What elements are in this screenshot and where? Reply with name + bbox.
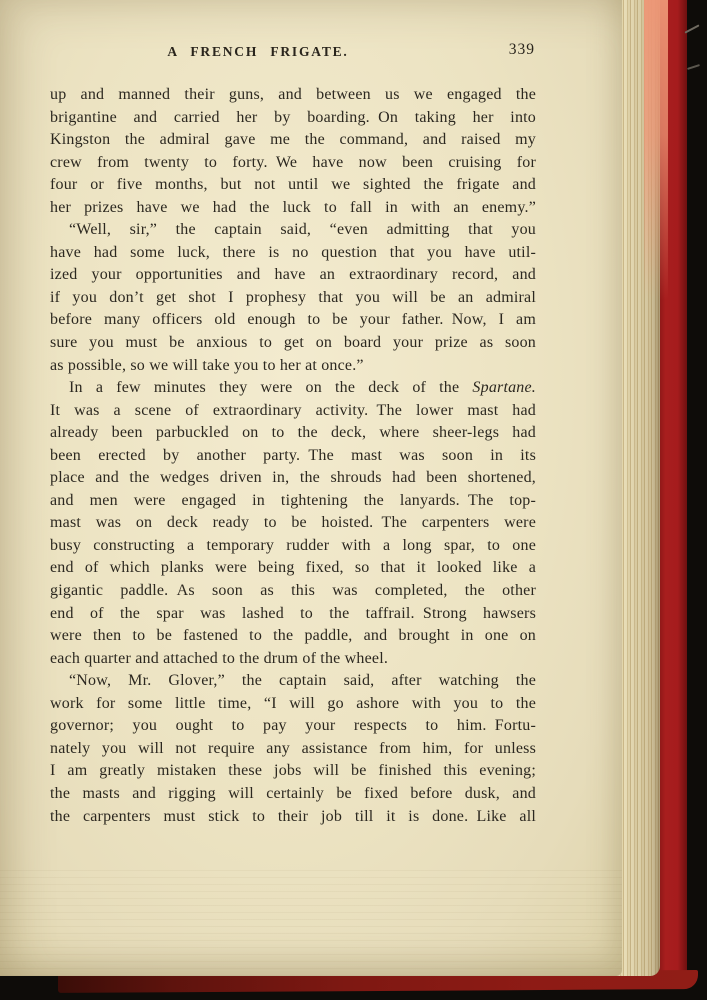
book-cover-right-edge — [656, 0, 687, 988]
scratch-mark — [687, 64, 700, 70]
scanned-book-photo: A FRENCH FRIGATE. 339 up and manned thei… — [0, 0, 707, 1000]
text-line: if you don’t get shot I prophesy that yo… — [50, 287, 536, 310]
text-line: Kingston the admiral gave me the command… — [50, 129, 536, 152]
paragraph: “Well, sir,” the captain said, “even adm… — [50, 219, 536, 377]
text-line: I am greatly mistaken these jobs will be… — [50, 760, 536, 783]
text-line: ized your opportunities and have an extr… — [50, 264, 536, 287]
text-line: as possible, so we will take you to her … — [50, 355, 536, 378]
text-line: gigantic paddle. As soon as this was com… — [50, 580, 536, 603]
text-line: work for some little time, “I will go as… — [50, 693, 536, 716]
text-line: been erected by another party. The mast … — [50, 445, 536, 468]
text-line: It was a scene of extraordinary activity… — [50, 400, 536, 423]
bottom-page-striations — [0, 866, 622, 976]
paragraph: up and manned their guns, and between us… — [50, 84, 536, 219]
text-line: “Well, sir,” the captain said, “even adm… — [50, 219, 536, 242]
text-line: sure you must be anxious to get on board… — [50, 332, 536, 355]
text-line: In a few minutes they were on the deck o… — [50, 377, 536, 400]
text-line: up and manned their guns, and between us… — [50, 84, 536, 107]
text-line: place and the wedges driven in, the shro… — [50, 467, 536, 490]
text-line: end of the spar was lashed to the taffra… — [50, 603, 536, 626]
paragraph: In a few minutes they were on the deck o… — [50, 377, 536, 670]
text-line: busy constructing a temporary rudder wit… — [50, 535, 536, 558]
text-line: have had some luck, there is no question… — [50, 242, 536, 265]
paragraph: “Now, Mr. Glover,” the captain said, aft… — [50, 670, 536, 828]
text-line: her prizes have we had the luck to fall … — [50, 197, 536, 220]
text-line: the carpenters must stick to their job t… — [50, 806, 536, 829]
text-line: “Now, Mr. Glover,” the captain said, aft… — [50, 670, 536, 693]
text-line: four or five months, but not until we si… — [50, 174, 536, 197]
text-line: each quarter and attached to the drum of… — [50, 648, 536, 671]
text-line: were then to be fastened to the paddle, … — [50, 625, 536, 648]
running-head: A FRENCH FRIGATE. — [167, 44, 348, 60]
text-line: governor; you ought to pay your respects… — [50, 715, 536, 738]
text-line: mast was on deck ready to be hoisted. Th… — [50, 512, 536, 535]
text-line: already been parbuckled on to the deck, … — [50, 422, 536, 445]
book-page: A FRENCH FRIGATE. 339 up and manned thei… — [0, 0, 622, 976]
text-line: before many officers old enough to be yo… — [50, 309, 536, 332]
text-line: brigantine and carried her by boarding. … — [50, 107, 536, 130]
text-line: end of which planks were being fixed, so… — [50, 557, 536, 580]
text-line: crew from twenty to forty. We have now b… — [50, 152, 536, 175]
text-line: nately you will not require any assistan… — [50, 738, 536, 761]
text-line: and men were engaged in tightening the l… — [50, 490, 536, 513]
page-number: 339 — [509, 41, 535, 59]
text-line: the masts and rigging will certainly be … — [50, 783, 536, 806]
page-body: up and manned their guns, and between us… — [50, 84, 536, 828]
